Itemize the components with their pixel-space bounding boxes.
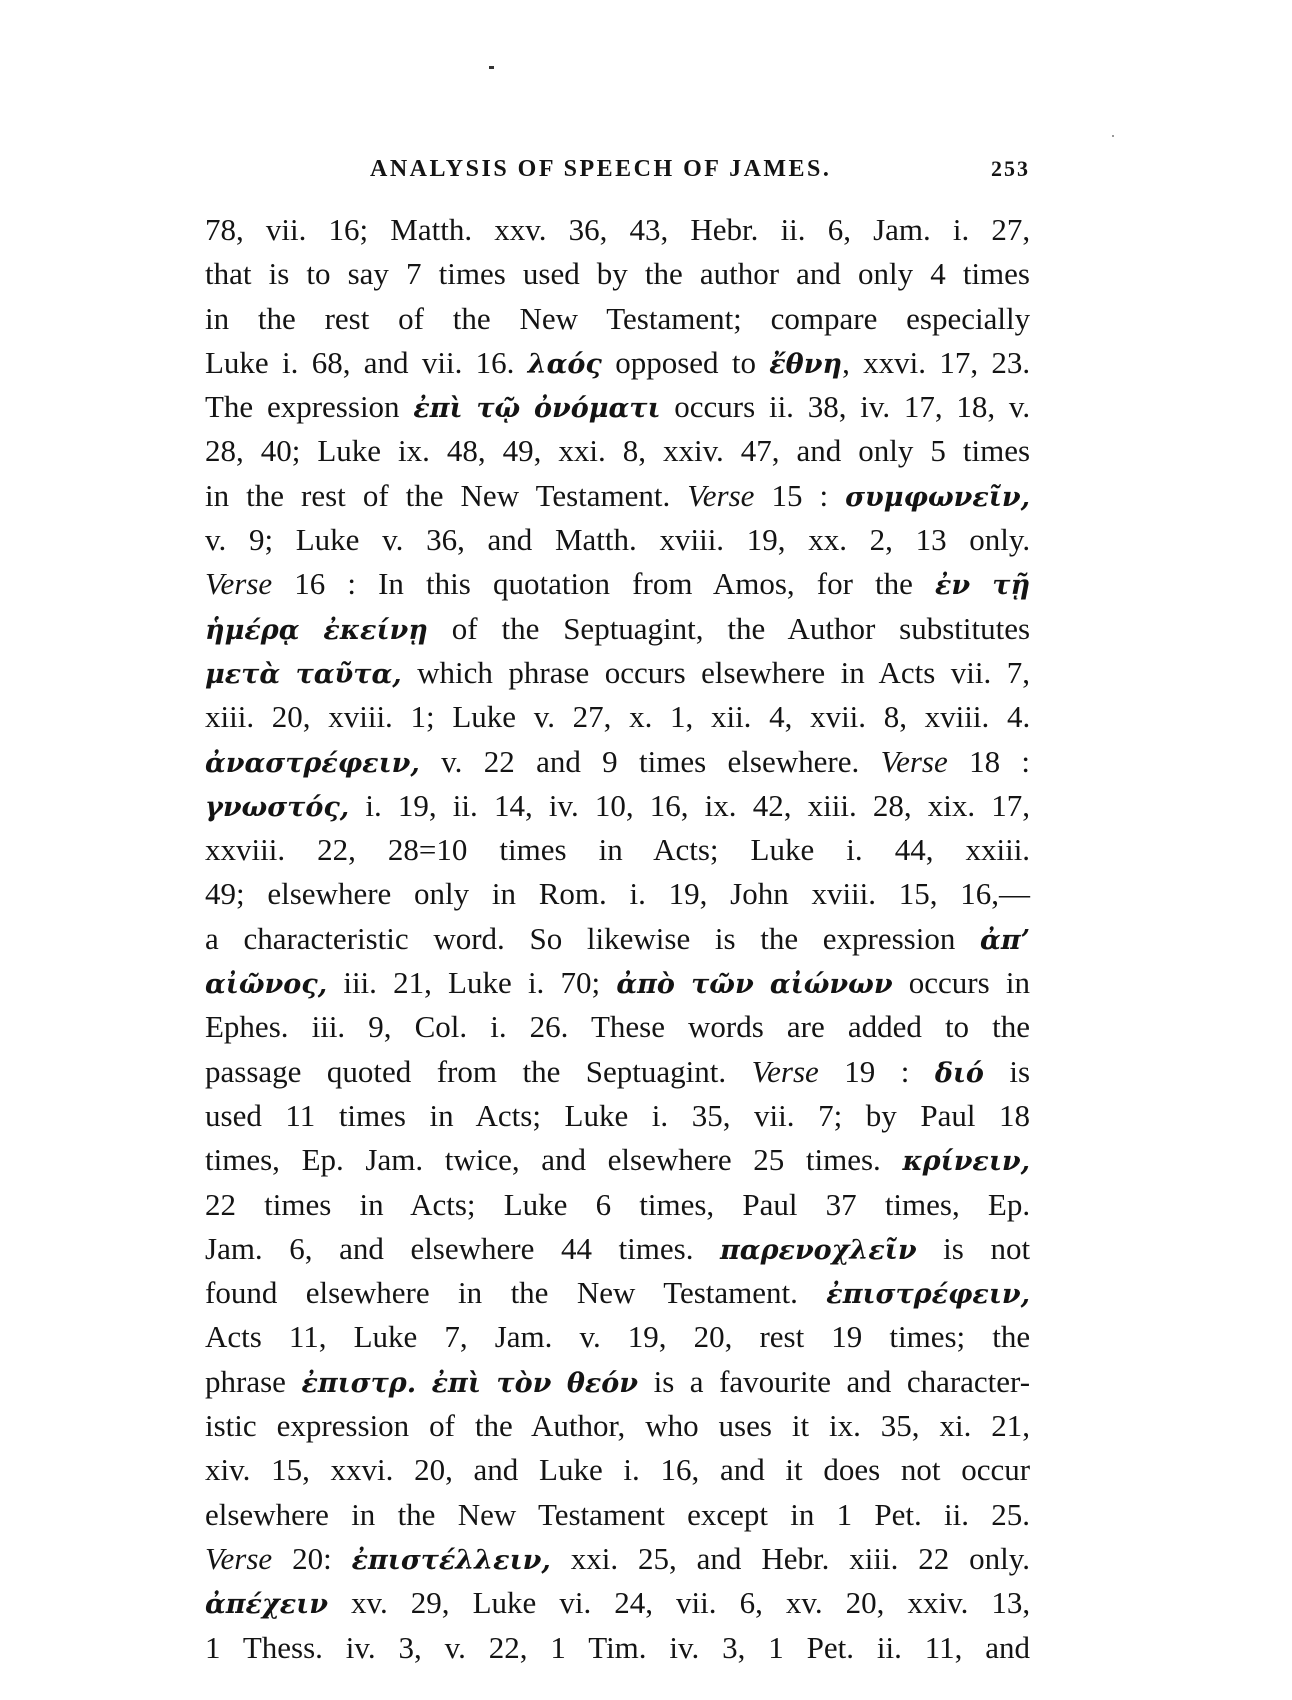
- text-run: 1,: [670, 699, 693, 734]
- text-run: vii.: [676, 1585, 716, 1620]
- text-run: 1;: [411, 699, 435, 734]
- greek-term: τὸν: [496, 1368, 551, 1399]
- text-run: 78,: [205, 212, 244, 247]
- text-run: times: [963, 433, 1030, 468]
- greek-term: ὀνόματι: [534, 393, 661, 424]
- greek-term: ἐκείνῃ: [323, 615, 428, 646]
- text-run: 38,: [808, 389, 847, 424]
- text-run: 42,: [753, 788, 792, 823]
- text-run: Ep.: [302, 1142, 344, 1177]
- text-run: :: [901, 1054, 910, 1089]
- text-line: The expression ἐπὶ τῷ ὀνόματι occurs ii.…: [205, 385, 1030, 429]
- text-run: New: [458, 1497, 517, 1532]
- text-run: 44,: [895, 832, 934, 867]
- text-run: 7,: [1007, 655, 1030, 690]
- text-run: used: [205, 1098, 262, 1133]
- text-run: Luke: [354, 1319, 418, 1354]
- text-run: occurs: [674, 389, 755, 424]
- text-run: xiii.: [205, 699, 254, 734]
- text-run: rest: [325, 301, 370, 336]
- text-run: Acts: [205, 1319, 262, 1354]
- text-run: 19,: [669, 876, 708, 911]
- text-run: occurs: [605, 655, 686, 690]
- text-run: which: [417, 655, 493, 690]
- text-run: :: [819, 478, 828, 513]
- text-run: :: [347, 566, 356, 601]
- text-run: 1: [205, 1630, 221, 1665]
- text-run: times: [439, 256, 506, 291]
- text-run: 7: [406, 256, 422, 291]
- text-run: Hebr.: [761, 1541, 829, 1576]
- text-run: Luke: [565, 1098, 629, 1133]
- text-run: 19,: [628, 1319, 667, 1354]
- text-run: Rom.: [539, 876, 607, 911]
- text-run: 27,: [573, 699, 612, 734]
- text-run: 44: [561, 1231, 592, 1266]
- text-run: 37: [826, 1187, 857, 1222]
- text-run: 24,: [614, 1585, 653, 1620]
- text-run: xi.: [939, 1408, 971, 1443]
- text-run: 6: [596, 1187, 612, 1222]
- text-run: word.: [433, 921, 504, 956]
- text-run: xv.: [351, 1585, 388, 1620]
- text-run: Luke: [448, 965, 512, 1000]
- text-run: times: [639, 744, 706, 779]
- text-run: times,: [885, 1187, 960, 1222]
- text-run: by: [866, 1098, 897, 1133]
- text-run: 5: [930, 433, 946, 468]
- text-run: Luke: [504, 1187, 568, 1222]
- text-run: 3,: [399, 1630, 422, 1665]
- text-run: New: [519, 301, 578, 336]
- text-run: times;: [889, 1319, 965, 1354]
- greek-term: θεόν: [567, 1368, 638, 1399]
- text-line: Acts 11, Luke 7, Jam. v. 19, 20, rest 19…: [205, 1315, 1030, 1359]
- text-run: 20,: [414, 1452, 453, 1487]
- text-run: phrase: [508, 655, 589, 690]
- text-run: Pet.: [807, 1630, 854, 1665]
- text-run: and: [339, 1231, 384, 1266]
- text-line: elsewhere in the New Testament except in…: [205, 1493, 1030, 1537]
- text-run: 16;: [329, 212, 369, 247]
- text-run: ix.: [398, 433, 430, 468]
- text-run: times: [264, 1187, 331, 1222]
- text-run: xxi.: [558, 433, 605, 468]
- text-run: expression: [267, 389, 400, 424]
- text-run: Paul: [920, 1098, 975, 1133]
- text-run: xiii.: [849, 1541, 898, 1576]
- greek-term: διό: [935, 1058, 984, 1089]
- greek-term: γνωστός,: [205, 792, 349, 823]
- text-run: the: [475, 1408, 513, 1443]
- greek-term: ἐπιστρ.: [301, 1368, 416, 1399]
- text-run: especially: [906, 301, 1030, 336]
- text-run: to: [945, 1009, 969, 1044]
- text-run: and: [985, 1630, 1030, 1665]
- text-run: 7,: [444, 1319, 467, 1354]
- text-run: twice,: [445, 1142, 520, 1177]
- text-run: expression: [823, 921, 956, 956]
- text-run: v.: [579, 1319, 600, 1354]
- text-run: in: [351, 1497, 375, 1532]
- text-run: only: [414, 876, 469, 911]
- greek-term: τῶν: [691, 969, 754, 1000]
- text-run: elsewhere: [701, 655, 825, 690]
- text-run: in: [1006, 965, 1030, 1000]
- text-run: times: [963, 256, 1030, 291]
- text-run: 68,: [312, 345, 351, 380]
- body-text: 78, vii. 16; Matth. xxv. 36, 43, Hebr. i…: [205, 208, 1030, 1670]
- text-run: for: [817, 566, 853, 601]
- text-run: in: [492, 876, 516, 911]
- text-run: 15,: [271, 1452, 310, 1487]
- text-line: used 11 times in Acts; Luke i. 35, vii. …: [205, 1094, 1030, 1138]
- text-run: 9;: [249, 522, 273, 557]
- text-run: and: [697, 1541, 742, 1576]
- text-line: xiii. 20, xviii. 1; Luke v. 27, x. 1, xi…: [205, 695, 1030, 739]
- text-run: vii.: [754, 1098, 794, 1133]
- text-run: xii.: [711, 699, 751, 734]
- text-run: i.: [846, 832, 862, 867]
- greek-term: τῷ: [476, 393, 520, 424]
- text-run: rest: [301, 478, 346, 513]
- text-run: 11: [285, 1098, 315, 1133]
- text-run: 6,: [828, 212, 851, 247]
- text-run: vii.: [266, 212, 306, 247]
- text-run: and: [720, 1452, 765, 1487]
- text-run: 49;: [205, 876, 245, 911]
- greek-term: λαός: [528, 349, 602, 380]
- text-line: ἀπέχειν xv. 29, Luke vi. 24, vii. 6, xv.…: [205, 1581, 1030, 1625]
- text-run: Septuagint,: [563, 611, 703, 646]
- text-run: 22,: [317, 832, 356, 867]
- text-run: 16,—: [960, 876, 1030, 911]
- text-run: Luke: [751, 832, 815, 867]
- text-run: the: [645, 256, 683, 291]
- text-run: x.: [629, 699, 652, 734]
- text-run: to: [732, 345, 756, 380]
- text-run: Acts: [878, 655, 935, 690]
- text-run: i.: [528, 965, 544, 1000]
- text-run: 1: [768, 1630, 784, 1665]
- text-run: that: [205, 256, 252, 291]
- text-run: it: [792, 1408, 809, 1443]
- text-run: the: [258, 301, 296, 336]
- text-run: 9: [602, 744, 618, 779]
- text-run: of: [398, 301, 424, 336]
- text-run: Ephes.: [205, 1009, 289, 1044]
- text-run: 28,: [873, 788, 912, 823]
- text-run: Amos,: [713, 566, 795, 601]
- verse-label: Verse: [687, 478, 754, 513]
- text-run: the: [453, 301, 491, 336]
- verse-label: Verse: [881, 744, 948, 779]
- text-run: 4: [930, 256, 946, 291]
- text-run: by: [597, 256, 628, 291]
- text-run: Testament.: [536, 478, 671, 513]
- text-run: xviii.: [328, 699, 393, 734]
- text-run: occur: [961, 1452, 1030, 1487]
- text-run: phrase: [205, 1364, 286, 1399]
- text-run: 25.: [991, 1497, 1030, 1532]
- verse-label: Verse: [205, 566, 272, 601]
- text-run: ix.: [829, 1408, 861, 1443]
- text-run: 36,: [569, 212, 608, 247]
- text-run: vii.: [951, 655, 991, 690]
- text-run: 15: [771, 478, 802, 513]
- text-run: times: [339, 1098, 406, 1133]
- page-number: 253: [991, 156, 1030, 182]
- text-line: Verse 16 : In this quotation from Amos, …: [205, 562, 1030, 606]
- text-run: and: [474, 1452, 519, 1487]
- text-run: are: [787, 1009, 825, 1044]
- text-run: passage: [205, 1054, 301, 1089]
- text-run: Hebr.: [690, 212, 758, 247]
- text-run: vii.: [422, 345, 462, 380]
- text-run: 20,: [272, 699, 311, 734]
- text-run: in: [360, 1187, 384, 1222]
- text-run: elsewhere: [306, 1275, 430, 1310]
- text-run: 13,: [991, 1585, 1030, 1620]
- text-run: iv.: [346, 1630, 376, 1665]
- text-line: found elsewhere in the New Testament. ἐπ…: [205, 1271, 1030, 1315]
- text-run: 35,: [692, 1098, 731, 1133]
- text-run: substitutes: [899, 611, 1030, 646]
- text-run: 49,: [503, 433, 542, 468]
- text-run: and: [541, 1142, 586, 1177]
- text-run: is: [1009, 1054, 1030, 1089]
- text-run: 22,: [489, 1630, 528, 1665]
- text-run: ii.: [877, 1630, 902, 1665]
- text-run: does: [823, 1452, 880, 1487]
- text-run: is: [715, 921, 736, 956]
- text-run: elsewhere: [267, 876, 391, 911]
- text-run: compare: [771, 301, 878, 336]
- text-run: xiv.: [205, 1452, 250, 1487]
- text-run: Luke: [452, 699, 516, 734]
- text-run: and: [847, 1364, 892, 1399]
- text-run: in: [841, 655, 865, 690]
- text-run: 7;: [818, 1098, 842, 1133]
- text-run: Jam.: [205, 1231, 263, 1266]
- text-run: 17,: [904, 389, 943, 424]
- text-run: in: [205, 301, 229, 336]
- text-run: These: [591, 1009, 665, 1044]
- text-run: the: [875, 566, 913, 601]
- text-line: Luke i. 68, and vii. 16. λαός opposed to…: [205, 341, 1030, 385]
- text-run: 6,: [740, 1585, 763, 1620]
- text-run: times.: [806, 1142, 881, 1177]
- text-run: uses: [719, 1408, 772, 1443]
- text-run: v.: [534, 699, 555, 734]
- text-run: rest: [759, 1319, 804, 1354]
- text-run: times,: [639, 1187, 714, 1222]
- text-run: only.: [969, 522, 1030, 557]
- text-run: a: [690, 1364, 704, 1399]
- text-run: xv.: [786, 1585, 823, 1620]
- text-run: 18,: [956, 389, 995, 424]
- text-run: iii.: [343, 965, 377, 1000]
- text-run: only.: [969, 1541, 1030, 1576]
- greek-term: αἰῶνος,: [205, 969, 327, 1000]
- text-run: the: [760, 921, 798, 956]
- text-run: xviii.: [811, 876, 876, 911]
- text-run: 8,: [623, 433, 646, 468]
- text-run: 21,: [393, 965, 432, 1000]
- greek-term: ἀπὸ: [616, 969, 675, 1000]
- greek-term: ἐπιστρέφειν,: [826, 1279, 1030, 1310]
- text-run: 13: [916, 522, 947, 557]
- text-run: in: [790, 1497, 814, 1532]
- verse-label: Verse: [205, 1541, 272, 1576]
- text-run: 21,: [991, 1408, 1030, 1443]
- text-run: John: [730, 876, 789, 911]
- text-run: 20:: [292, 1541, 332, 1576]
- text-run: 43,: [630, 212, 669, 247]
- text-run: 19: [831, 1319, 862, 1354]
- text-run: i.: [623, 1452, 639, 1487]
- text-line: that is to say 7 times used by the autho…: [205, 252, 1030, 296]
- greek-term: ταῦτα,: [296, 659, 402, 690]
- text-run: in: [599, 832, 623, 867]
- text-run: opposed: [615, 345, 718, 380]
- text-run: 6,: [289, 1231, 312, 1266]
- greek-term: μετὰ: [205, 659, 280, 690]
- text-run: quoted: [327, 1054, 411, 1089]
- text-run: 16,: [661, 1452, 700, 1487]
- text-line: μετὰ ταῦτα, which phrase occurs elsewher…: [205, 651, 1030, 695]
- text-run: is: [269, 256, 290, 291]
- text-run: is: [943, 1231, 964, 1266]
- greek-term: ἀπέχειν: [205, 1589, 328, 1620]
- text-line: Jam. 6, and elsewhere 44 times. παρενοχλ…: [205, 1227, 1030, 1271]
- text-run: i.: [652, 1098, 668, 1133]
- greek-term: ἐν: [935, 570, 970, 601]
- text-run: 2,: [870, 522, 893, 557]
- greek-term: ἡμέρᾳ: [205, 615, 300, 646]
- text-run: i.: [630, 876, 646, 911]
- text-run: in: [205, 478, 229, 513]
- text-run: xviii.: [925, 699, 990, 734]
- text-line: xxviii. 22, 28=10 times in Acts; Luke i.…: [205, 828, 1030, 872]
- text-line: αἰῶνος, iii. 21, Luke i. 70; ἀπὸ τῶν αἰώ…: [205, 961, 1030, 1005]
- text-run: Acts;: [476, 1098, 541, 1133]
- text-run: Jam.: [365, 1142, 423, 1177]
- text-run: 28=10: [388, 832, 467, 867]
- text-run: The: [205, 389, 253, 424]
- text-run: xiii.: [808, 788, 857, 823]
- text-run: i.: [365, 788, 381, 823]
- text-run: 15,: [899, 876, 938, 911]
- text-run: :: [1021, 744, 1030, 779]
- text-run: words: [688, 1009, 764, 1044]
- text-run: Jam.: [873, 212, 931, 247]
- text-run: Luke: [205, 345, 269, 380]
- text-run: and: [536, 744, 581, 779]
- text-run: Paul: [742, 1187, 797, 1222]
- text-run: who: [645, 1408, 698, 1443]
- text-run: not: [990, 1231, 1030, 1266]
- text-run: ii.: [769, 389, 794, 424]
- text-run: xxiii.: [965, 832, 1030, 867]
- scan-speck: [1112, 135, 1114, 137]
- text-line: 49; elsewhere only in Rom. i. 19, John x…: [205, 872, 1030, 916]
- text-line: a characteristic word. So likewise is th…: [205, 917, 1030, 961]
- text-run: 20,: [846, 1585, 885, 1620]
- text-run: Author,: [531, 1408, 625, 1443]
- text-run: xx.: [808, 522, 847, 557]
- text-line: 28, 40; Luke ix. 48, 49, xxi. 8, xxiv. 4…: [205, 429, 1030, 473]
- text-run: elsewhere: [410, 1231, 534, 1266]
- text-run: ii.: [781, 212, 806, 247]
- text-run: is: [654, 1364, 675, 1399]
- text-run: in: [430, 1098, 454, 1133]
- text-line: times, Ep. Jam. twice, and elsewhere 25 …: [205, 1138, 1030, 1182]
- text-run: found: [205, 1275, 277, 1310]
- text-run: say: [348, 256, 389, 291]
- text-run: xxviii.: [205, 832, 285, 867]
- text-run: from: [437, 1054, 497, 1089]
- text-run: 4,: [769, 699, 792, 734]
- text-run: 28,: [205, 433, 244, 468]
- text-run: author: [700, 256, 779, 291]
- text-line: in the rest of the New Testament. Verse …: [205, 474, 1030, 518]
- text-line: Verse 20: ἐπιστέλλειν, xxi. 25, and Hebr…: [205, 1537, 1030, 1581]
- text-run: elsewhere: [608, 1142, 732, 1177]
- text-run: and: [797, 433, 842, 468]
- text-run: Luke: [296, 522, 360, 557]
- text-run: this: [426, 566, 471, 601]
- text-run: added: [848, 1009, 922, 1044]
- text-line: phrase ἐπιστρ. ἐπὶ τὸν θεόν is a favouri…: [205, 1360, 1030, 1404]
- text-run: Acts;: [410, 1187, 475, 1222]
- text-run: 25: [753, 1142, 784, 1177]
- text-run: Jam.: [495, 1319, 553, 1354]
- text-run: and: [364, 345, 409, 380]
- text-run: 23.: [991, 345, 1030, 380]
- text-run: 17,: [991, 788, 1030, 823]
- text-run: the: [406, 478, 444, 513]
- text-run: 17,: [939, 345, 978, 380]
- greek-term: ἐπιστέλλειν,: [352, 1545, 551, 1576]
- text-run: istic: [205, 1408, 257, 1443]
- text-run: characteristic: [243, 921, 408, 956]
- text-run: of: [452, 611, 478, 646]
- text-run: 9,: [368, 1009, 391, 1044]
- text-run: Pet.: [874, 1497, 921, 1532]
- text-run: 40;: [261, 433, 301, 468]
- text-run: 22: [205, 1187, 236, 1222]
- text-run: Matth.: [390, 212, 472, 247]
- text-run: ii.: [944, 1497, 969, 1532]
- text-run: 48,: [447, 433, 486, 468]
- text-run: xxiv.: [907, 1585, 968, 1620]
- scan-speck: [489, 66, 494, 69]
- greek-term: ἀπ’: [980, 925, 1030, 956]
- text-run: the: [246, 478, 284, 513]
- text-run: Col.: [415, 1009, 468, 1044]
- text-run: 27,: [991, 212, 1030, 247]
- text-run: 36,: [426, 522, 465, 557]
- text-run: v.: [445, 1630, 466, 1665]
- running-head: ANALYSIS OF SPEECH OF JAMES. 253: [205, 148, 1030, 188]
- text-run: elsewhere.: [728, 744, 860, 779]
- text-run: 14,: [494, 788, 533, 823]
- text-run: Luke: [539, 1452, 603, 1487]
- text-run: the: [501, 611, 539, 646]
- text-run: 8,: [884, 699, 907, 734]
- text-run: from: [632, 566, 692, 601]
